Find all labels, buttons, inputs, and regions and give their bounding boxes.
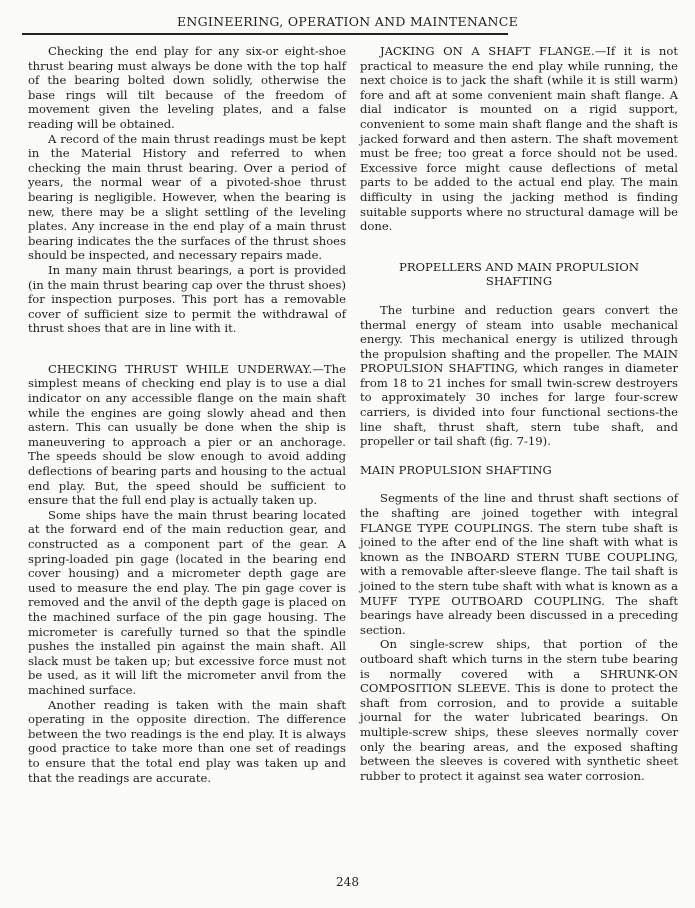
paragraph: Some ships have the main thrust bearing … (28, 508, 346, 698)
section-title-line2: SHAFTING (486, 274, 552, 288)
paragraph: Segments of the line and thrust shaft se… (360, 491, 678, 637)
section-title: PROPELLERS AND MAIN PROPULSION SHAFTING (360, 260, 678, 289)
right-column: JACKING ON A SHAFT FLANGE.—If it is not … (360, 44, 678, 783)
paragraph: On single-screw ships, that portion of t… (360, 637, 678, 783)
paragraph: Another reading is taken with the main s… (28, 698, 346, 786)
spacer (360, 289, 678, 303)
left-column: Checking the end play for any six-or eig… (28, 44, 346, 785)
subheading: MAIN PROPULSION SHAFTING (360, 463, 678, 478)
section-title-line1: PROPELLERS AND MAIN PROPULSION (399, 260, 639, 274)
paragraph: In many main thrust bearings, a port is … (28, 263, 346, 336)
header-rule (22, 33, 508, 35)
paragraph-jacking-shaft-flange: JACKING ON A SHAFT FLANGE.—If it is not … (360, 44, 678, 234)
page-header: ENGINEERING, OPERATION AND MAINTENANCE (0, 14, 695, 29)
paragraph-checking-thrust-underway: CHECKING THRUST WHILE UNDERWAY.—The simp… (28, 362, 346, 508)
paragraph: The turbine and reduction gears convert … (360, 303, 678, 449)
page-number: 248 (0, 875, 695, 889)
paragraph: Checking the end play for any six-or eig… (28, 44, 346, 132)
spacer (28, 336, 346, 362)
paragraph: A record of the main thrust readings mus… (28, 132, 346, 263)
spacer (360, 234, 678, 260)
spacer (360, 477, 678, 491)
spacer (360, 449, 678, 463)
